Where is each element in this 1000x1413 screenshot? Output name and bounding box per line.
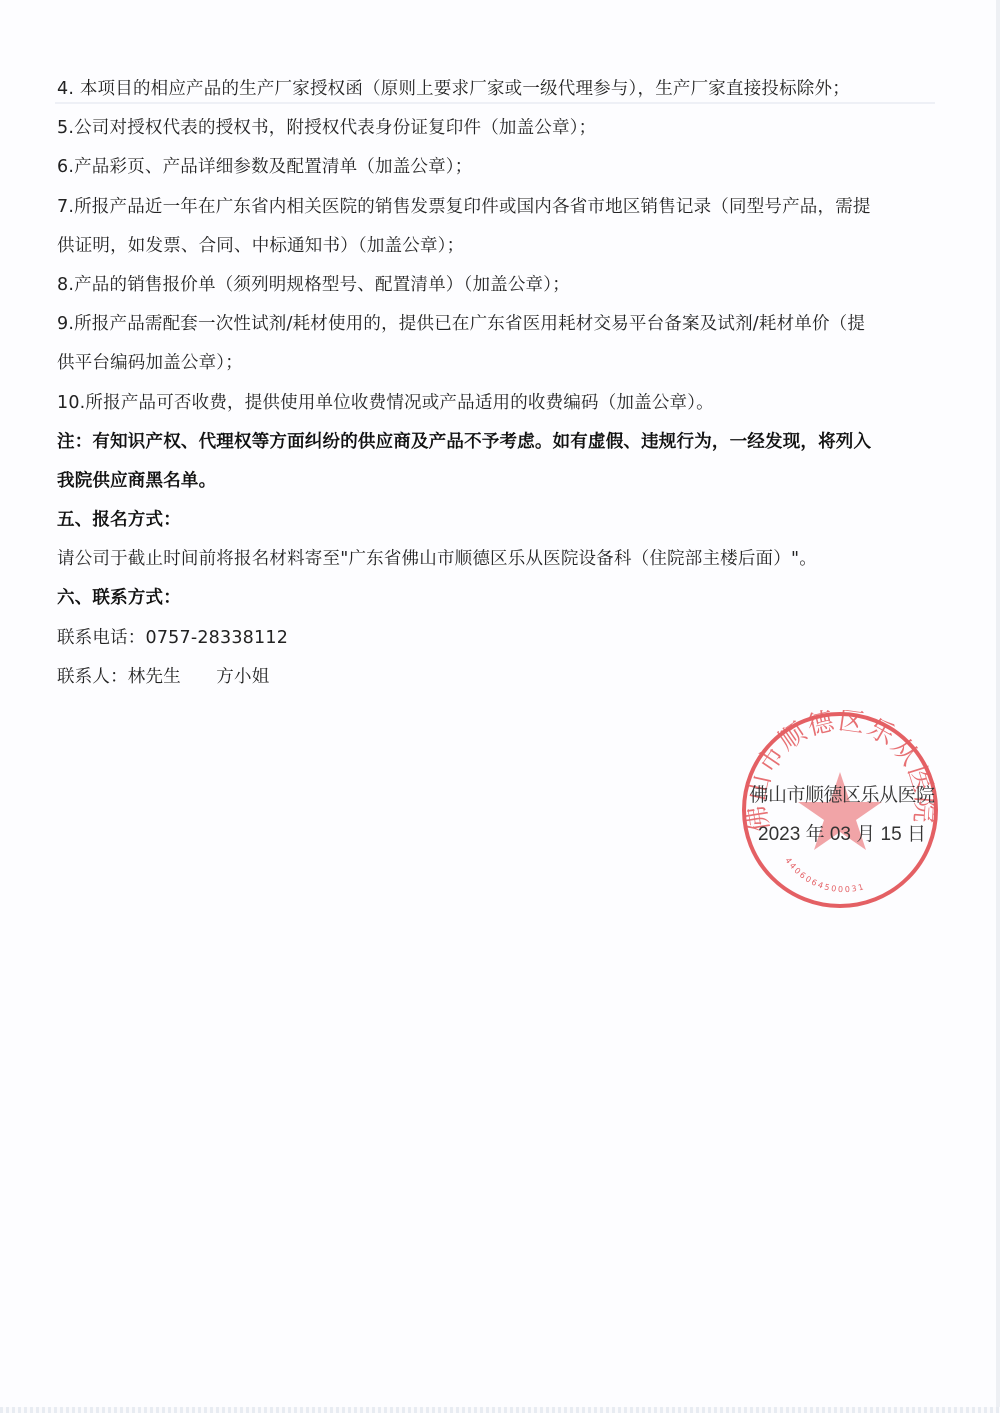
item-9-consumables: 9.所报产品需配套一次性试剂/耗材使用的，提供已在广东省医用耗材交易平台备案及试… <box>57 305 947 344</box>
contact-persons: 联系人：林先生 方小姐 <box>57 658 947 697</box>
signature-organization: 佛山市顺德区乐从医院 <box>737 780 947 810</box>
registration-instructions: 请公司于截止时间前将报名材料寄至"广东省佛山市顺德区乐从医院设备科（住院部主楼后… <box>57 540 947 579</box>
item-9-consumables-cont: 供平台编码加盖公章）； <box>57 344 947 383</box>
scan-edge-bottom <box>0 1407 1000 1413</box>
item-6-product-brochure: 6.产品彩页、产品详细参数及配置清单（加盖公章）； <box>57 148 947 187</box>
document-page: 4. 本项目的相应产品的生产厂家授权函（原则上要求厂家或一级代理参与），生产厂家… <box>0 0 1000 1413</box>
item-7-sales-invoices-cont: 供证明，如发票、合同、中标通知书）（加盖公章）； <box>57 227 947 266</box>
svg-text:4406064500031: 4406064500031 <box>783 856 866 894</box>
document-body: 4. 本项目的相应产品的生产厂家授权函（原则上要求厂家或一级代理参与），生产厂家… <box>57 70 947 697</box>
item-4-authorization-letter: 4. 本项目的相应产品的生产厂家授权函（原则上要求厂家或一级代理参与），生产厂家… <box>57 70 947 109</box>
item-10-charging: 10.所报产品可否收费，提供使用单位收费情况或产品适用的收费编码（加盖公章）。 <box>57 384 947 423</box>
item-5-representative-authorization: 5.公司对授权代表的授权书，附授权代表身份证复印件（加盖公章）； <box>57 109 947 148</box>
scan-edge-right <box>996 0 1000 1413</box>
item-7-sales-invoices: 7.所报产品近一年在广东省内相关医院的销售发票复印件或国内各省市地区销售记录（同… <box>57 188 947 227</box>
section-6-heading: 六、联系方式： <box>57 579 947 618</box>
signature-block: 佛山市顺德区乐从医院 2023 年 03 月 15 日 <box>737 780 947 850</box>
signature-date: 2023 年 03 月 15 日 <box>737 820 947 850</box>
note-disclaimer-cont: 我院供应商黑名单。 <box>57 462 947 501</box>
section-5-heading: 五、报名方式： <box>57 501 947 540</box>
note-disclaimer: 注：有知识产权、代理权等方面纠纷的供应商及产品不予考虑。如有虚假、违规行为，一经… <box>57 423 947 462</box>
contact-phone: 联系电话：0757-28338112 <box>57 619 947 658</box>
item-8-quotation: 8.产品的销售报价单（须列明规格型号、配置清单）（加盖公章）； <box>57 266 947 305</box>
